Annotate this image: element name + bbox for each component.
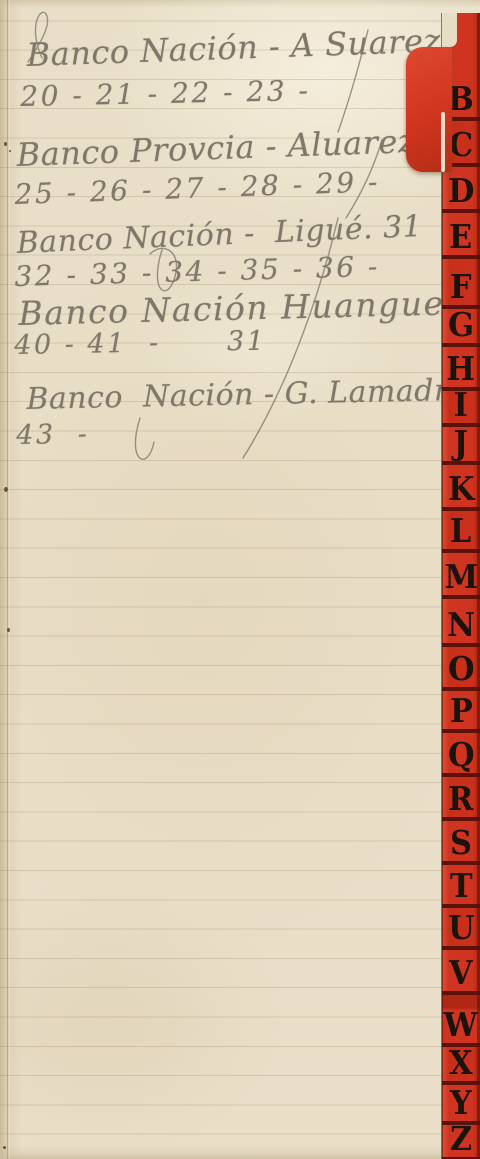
- tab-S[interactable]: S: [442, 821, 480, 861]
- binding-speck: [7, 628, 10, 632]
- tab-letter: N: [447, 612, 475, 638]
- tab-R[interactable]: R: [442, 777, 480, 817]
- tab-F[interactable]: F: [442, 259, 480, 305]
- tab-W[interactable]: W: [442, 995, 480, 1043]
- tab-Y[interactable]: Y: [442, 1085, 480, 1121]
- entry-pages: 40 - 41 - 31: [14, 326, 267, 361]
- binding-crease-highlight: [9, 0, 10, 1159]
- tab-letter: E: [449, 224, 472, 250]
- tab-letter: I: [454, 392, 468, 418]
- binding-crease: [7, 0, 8, 1159]
- entry-pages: 20 - 21 - 22 - 23 -: [20, 74, 311, 113]
- tab-letter: M: [444, 564, 478, 590]
- tab-V[interactable]: V: [442, 950, 480, 991]
- tab-letter: Z: [450, 1126, 472, 1152]
- tab-letter: H: [447, 356, 476, 382]
- tab-X[interactable]: X: [442, 1047, 480, 1081]
- tab-I[interactable]: I: [442, 391, 480, 423]
- tab-U[interactable]: U: [442, 908, 480, 946]
- binding-speck: [3, 1146, 6, 1149]
- tab-letter: G: [448, 312, 474, 338]
- tab-J[interactable]: J: [442, 427, 480, 461]
- tab-N[interactable]: N: [442, 599, 480, 643]
- tab-L[interactable]: L: [442, 511, 480, 549]
- index-page: Banco Nación - A Suarez 20 - 21 - 22 - 2…: [0, 0, 480, 1159]
- tab-T[interactable]: T: [442, 865, 480, 904]
- binding-speck: [4, 487, 8, 492]
- binding-speck: [9, 150, 11, 152]
- tab-letter: C: [449, 132, 473, 158]
- tab-letter: S: [450, 830, 472, 856]
- tab-E[interactable]: E: [442, 213, 480, 255]
- tab-D[interactable]: D: [442, 167, 480, 209]
- tab-letter: J: [454, 430, 468, 456]
- tab-strip-notch: [442, 13, 457, 47]
- tab-letter: Q: [448, 742, 474, 768]
- binding-speck: [4, 142, 7, 146]
- tab-P[interactable]: P: [442, 691, 480, 729]
- tab-strip-edge: [441, 13, 443, 1159]
- tab-letter: X: [449, 1050, 473, 1076]
- tab-K[interactable]: K: [442, 465, 480, 507]
- tab-H[interactable]: H: [442, 347, 480, 387]
- tab-letter: U: [448, 915, 474, 941]
- tab-letter: L: [450, 518, 471, 544]
- tab-Q[interactable]: Q: [442, 733, 480, 773]
- tab-letter: V: [449, 960, 473, 986]
- current-page-tab[interactable]: [406, 47, 452, 172]
- tab-letter: D: [448, 178, 474, 204]
- tab-letter: K: [448, 476, 474, 502]
- tab-letter: O: [448, 656, 474, 682]
- entry-pages: 43 -: [16, 419, 90, 451]
- tab-letter: F: [450, 274, 472, 300]
- tab-letter: R: [448, 786, 473, 812]
- tab-letter: T: [450, 873, 473, 899]
- tab-M[interactable]: M: [442, 553, 480, 595]
- tab-O[interactable]: O: [442, 647, 480, 687]
- tab-letter: B: [448, 86, 474, 112]
- tab-Z[interactable]: Z: [442, 1125, 480, 1157]
- tab-letter: W: [444, 1012, 478, 1038]
- tab-cut-gap: [441, 112, 445, 172]
- tab-letter: Y: [450, 1090, 472, 1116]
- tab-G[interactable]: G: [442, 309, 480, 343]
- tab-letter: P: [450, 698, 473, 724]
